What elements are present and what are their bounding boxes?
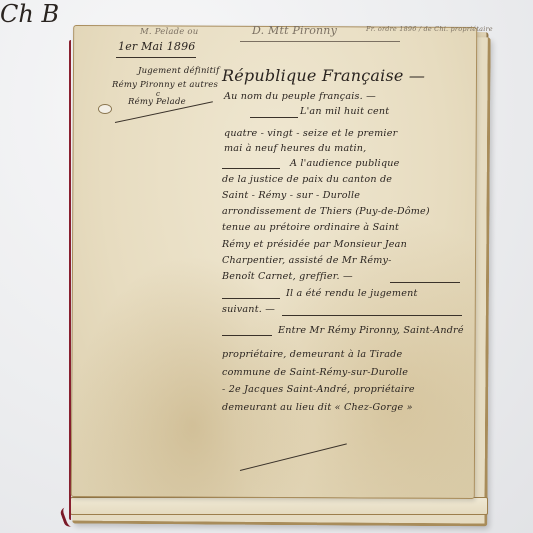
line-filler <box>222 168 280 169</box>
body-line: - 2e Jacques Saint-André, propriétaire <box>222 384 415 395</box>
top-note-center: D. Mtt Pironny <box>252 24 337 37</box>
body-line: Charpentier, assisté de Mr Rémy- <box>222 255 392 266</box>
margin-party-1: Rémy Pironny et autres <box>112 80 218 90</box>
body-line: Rémy et présidée par Monsieur Jean <box>222 239 407 250</box>
document-date: 1er Mai 1896 <box>118 40 196 53</box>
body-line: tenue au prétoire ordinaire à Saint <box>222 222 399 233</box>
margin-party-2: Rémy Pelade <box>128 97 186 107</box>
body-line: A l'audience publique <box>290 158 400 169</box>
photo-scene: M. Pelade ou D. Mtt Pironny Fr. ordre 18… <box>0 0 533 533</box>
line-filler <box>222 335 272 336</box>
body-line: Il a été rendu le jugement <box>286 288 418 299</box>
body-line: Entre Mr Rémy Pironny, Saint-André <box>278 325 464 336</box>
body-line: propriétaire, demeurant à la Tirade <box>222 349 402 360</box>
line-filler <box>250 117 298 118</box>
body-line: demeurant au lieu dit « Chez-Gorge » <box>222 402 413 413</box>
top-note-underline <box>240 41 400 42</box>
body-line: mai à neuf heures du matin, <box>224 143 366 154</box>
top-note-right: Fr. ordre 1896 / de Chi. propriétaire <box>366 25 493 33</box>
body-line: Saint - Rémy - sur - Durolle <box>222 190 360 201</box>
body-line: L'an mil huit cent <box>300 106 389 117</box>
body-line: suivant. — <box>222 304 275 315</box>
body-line: commune de Saint-Rémy-sur-Durolle <box>222 367 408 378</box>
date-underline <box>116 57 196 58</box>
top-note-left: M. Pelade ou <box>140 27 198 37</box>
body-line: de la justice de paix du canton de <box>222 174 392 185</box>
body-line: quatre - vingt - seize et le premier <box>224 128 397 139</box>
line-filler <box>222 298 280 299</box>
line-filler <box>390 282 460 283</box>
body-line: Au nom du peuple français. — <box>224 91 376 102</box>
document-title: République Française — <box>222 66 425 85</box>
body-line: Benoît Carnet, greffier. — <box>222 271 353 282</box>
line-filler <box>282 315 462 316</box>
body-line: arrondissement de Thiers (Puy-de-Dôme) <box>222 206 430 217</box>
binding-hole <box>98 104 112 114</box>
page-bottom-edge <box>70 497 488 515</box>
margin-heading: Jugement définitif <box>138 66 219 76</box>
